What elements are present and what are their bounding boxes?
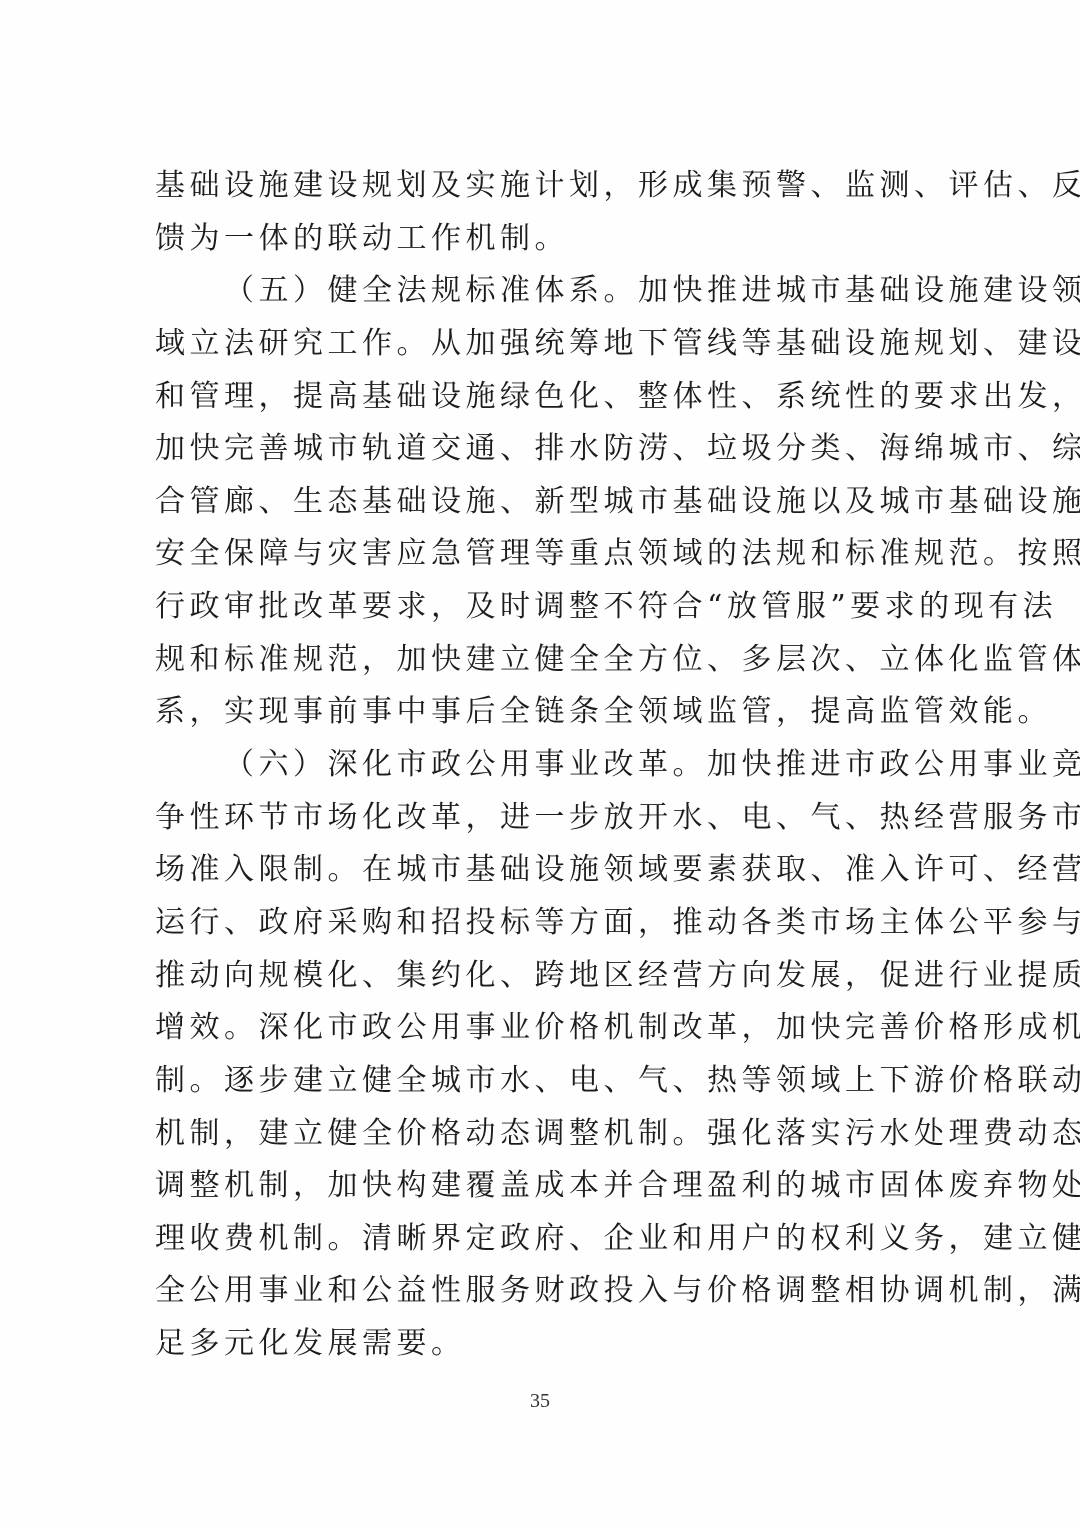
text-line: 和管理，提高基础设施绿色化、整体性、系统性的要求出发， [155, 371, 935, 424]
text-line: 调整机制，加快构建覆盖成本并合理盈利的城市固体废弃物处 [155, 1160, 935, 1213]
text-line: 场准入限制。在城市基础设施领域要素获取、准入许可、经营 [155, 844, 935, 897]
text-line: 制。逐步建立健全城市水、电、气、热等领域上下游价格联动 [155, 1055, 935, 1108]
section-heading-line: （五）健全法规标准体系。加快推进城市基础设施建设领 [155, 265, 935, 318]
section-heading-line: （六）深化市政公用事业改革。加快推进市政公用事业竞 [155, 739, 935, 792]
text-line: 全公用事业和公益性服务财政投入与价格调整相协调机制，满 [155, 1265, 935, 1318]
text-line: 理收费机制。清晰界定政府、企业和用户的权利义务，建立健 [155, 1213, 935, 1266]
text-line: 规和标准规范，加快建立健全全方位、多层次、立体化监管体 [155, 634, 935, 687]
text-line: 域立法研究工作。从加强统筹地下管线等基础设施规划、建设 [155, 318, 935, 371]
text-line: 合管廊、生态基础设施、新型城市基础设施以及城市基础设施 [155, 476, 935, 529]
text-line: 增效。深化市政公用事业价格机制改革，加快完善价格形成机 [155, 1002, 935, 1055]
text-line: 安全保障与灾害应急管理等重点领域的法规和标准规范。按照 [155, 528, 935, 581]
text-line: 机制，建立健全价格动态调整机制。强化落实污水处理费动态 [155, 1108, 935, 1161]
text-line: 系，实现事前事中事后全链条全领域监管，提高监管效能。 [155, 686, 935, 739]
text-line: 馈为一体的联动工作机制。 [155, 213, 935, 266]
text-line: 基础设施建设规划及实施计划，形成集预警、监测、评估、反 [155, 160, 935, 213]
text-line: 运行、政府采购和招投标等方面，推动各类市场主体公平参与。 [155, 897, 935, 950]
document-page: 基础设施建设规划及实施计划，形成集预警、监测、评估、反 馈为一体的联动工作机制。… [0, 0, 1080, 1527]
text-line: 加快完善城市轨道交通、排水防涝、垃圾分类、海绵城市、综 [155, 423, 935, 476]
text-line: 足多元化发展需要。 [155, 1318, 935, 1371]
body-text: 基础设施建设规划及实施计划，形成集预警、监测、评估、反 馈为一体的联动工作机制。… [155, 160, 935, 1371]
page-number: 35 [0, 1390, 1080, 1413]
text-line: 行政审批改革要求，及时调整不符合“放管服”要求的现有法 [155, 581, 935, 634]
text-line: 推动向规模化、集约化、跨地区经营方向发展，促进行业提质 [155, 950, 935, 1003]
text-line: 争性环节市场化改革，进一步放开水、电、气、热经营服务市 [155, 792, 935, 845]
